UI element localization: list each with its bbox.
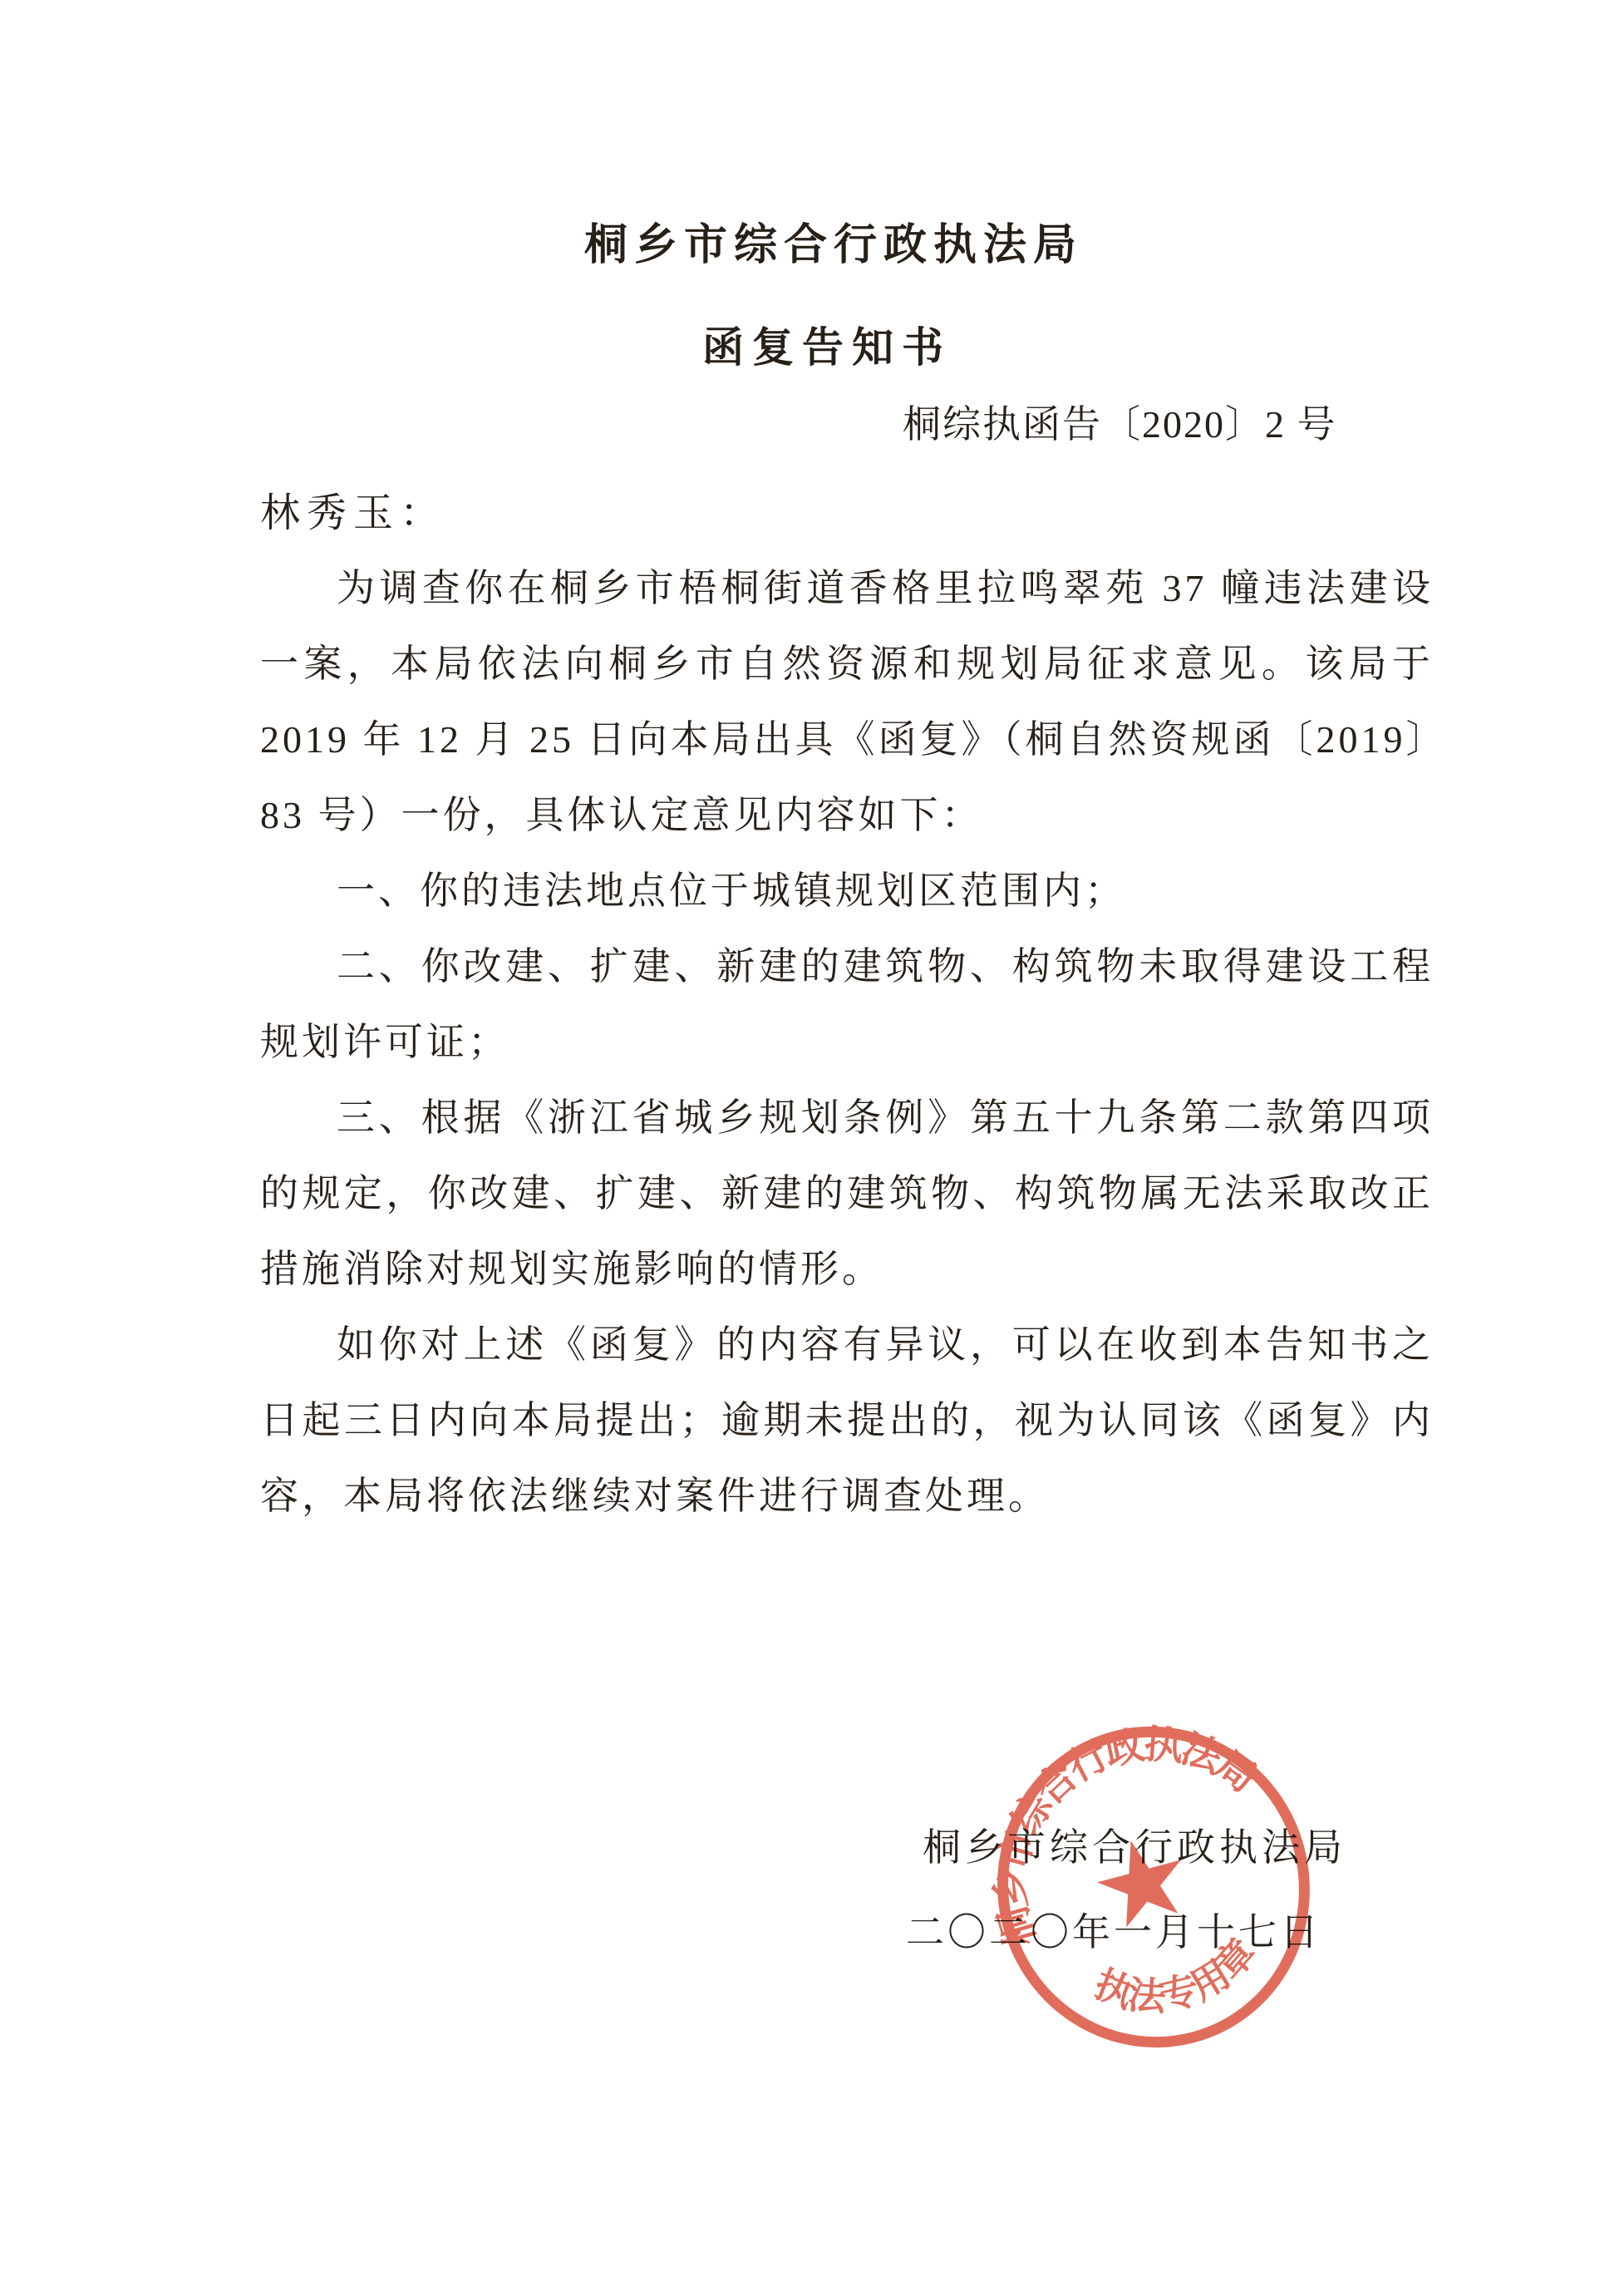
body-line: 83 号）一份，具体认定意见内容如下： [260,777,1434,853]
official-document-page: 桐乡市综合行政执法局 函复告知书 桐综执函告〔2020〕2 号 林秀玉： 为调查… [0,0,1624,2296]
body-line: 措施消除对规划实施影响的情形。 [260,1231,1434,1307]
document-body: 为调查你在桐乡市梧桐街道香格里拉鸣翠苑 37 幢违法建设 一案，本局依法向桐乡市… [260,550,1434,1534]
seal-star [1089,1830,1194,1932]
body-line: 容，本局将依法继续对案件进行调查处理。 [260,1458,1434,1534]
body-line: 日起三日内向本局提出；逾期未提出的，视为认同该《函复》内 [260,1382,1434,1458]
body-line: 的规定，你改建、扩建、新建的建筑物、构筑物属无法采取改正 [260,1155,1434,1231]
body-line: 三、根据《浙江省城乡规划条例》第五十九条第二款第四项 [260,1080,1434,1155]
body-line: 2019 年 12 月 25 日向本局出具《函复》（桐自然资规函〔2019〕 [260,702,1434,777]
body-line: 一案，本局依法向桐乡市自然资源和规划局征求意见。该局于 [260,626,1434,702]
body-line: 如你对上述《函复》的内容有异议，可以在收到本告知书之 [260,1307,1434,1382]
addressee: 林秀玉： [260,480,446,538]
body-line: 规划许可证； [260,1004,1434,1080]
document-type-title: 函复告知书 [15,314,1624,374]
body-line: 二、你改建、扩建、新建的建筑物、构筑物未取得建设工程 [260,929,1434,1004]
body-line: 一、你的违法地点位于城镇规划区范围内； [260,853,1434,929]
body-line: 为调查你在桐乡市梧桐街道香格里拉鸣翠苑 37 幢违法建设 [260,550,1434,626]
document-number: 桐综执函告〔2020〕2 号 [903,394,1337,449]
official-seal: 桐乡市综合行政执法局 执法专用章 [977,1702,1330,2072]
page-title: 桐乡市综合行政执法局 [22,209,1624,272]
seal-bottom-text: 执法专用章 [1080,1922,1272,2037]
